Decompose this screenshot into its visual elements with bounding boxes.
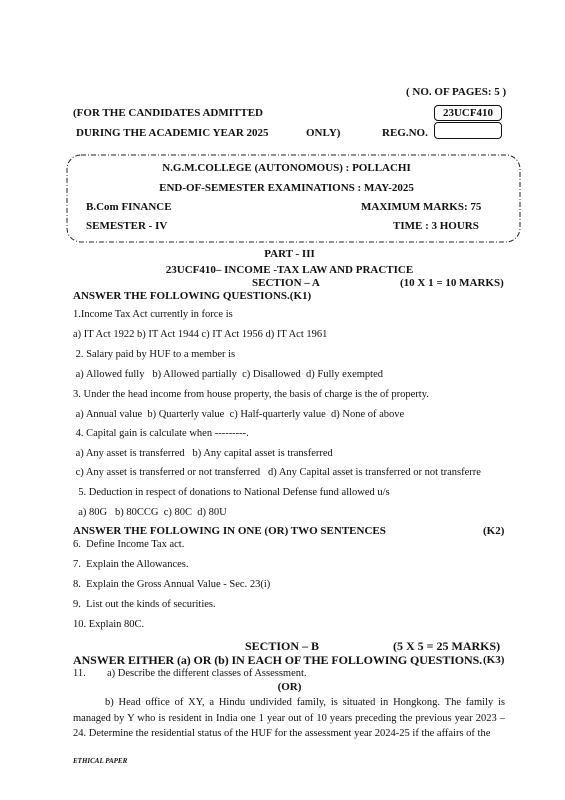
- question-5-options: a) 80G b) 80CCG c) 80C d) 80U: [73, 507, 227, 518]
- reg-no-label: REG.NO.: [382, 127, 428, 139]
- course-code-box: 23UCF410: [434, 105, 502, 121]
- section-b-k-level: (K3): [483, 654, 504, 666]
- exam-name: END-OF-SEMESTER EXAMINATIONS : MAY-2025: [0, 182, 565, 194]
- college-name: N.G.M.COLLEGE (AUTONOMOUS) : POLLACHI: [0, 162, 565, 174]
- question-11-b: b) Head office of XY, a Hindu undivided …: [73, 695, 505, 742]
- question-10: 10. Explain 80C.: [73, 619, 144, 630]
- question-3-options: a) Annual value b) Quarterly value c) Ha…: [73, 409, 404, 420]
- maximum-marks: MAXIMUM MARKS: 75: [361, 201, 481, 213]
- only-label: ONLY): [306, 127, 340, 139]
- paper-title: 23UCF410– INCOME -TAX LAW AND PRACTICE: [0, 264, 565, 276]
- or-separator: (OR): [0, 681, 565, 693]
- section-b-title: SECTION – B: [245, 639, 319, 654]
- section-b-marks: (5 X 5 = 25 MARKS): [393, 639, 500, 654]
- section-b-instruction: ANSWER EITHER (a) OR (b) IN EACH OF THE …: [73, 653, 482, 668]
- question-9: 9. List out the kinds of securities.: [73, 599, 216, 610]
- question-6: 6. Define Income Tax act.: [73, 539, 184, 550]
- question-4-options-ab: a) Any asset is transferred b) Any capit…: [73, 448, 333, 459]
- question-4-options-cd: c) Any asset is transferred or not trans…: [73, 467, 481, 478]
- question-2: 2. Salary paid by HUF to a member is: [73, 349, 235, 360]
- programme: B.Com FINANCE: [86, 201, 172, 213]
- question-1: 1.Income Tax Act currently in force is: [73, 309, 233, 320]
- question-2-options: a) Allowed fully b) Allowed partially c)…: [73, 369, 383, 380]
- page-count: ( NO. OF PAGES: 5 ): [406, 86, 506, 98]
- question-3: 3. Under the head income from house prop…: [73, 389, 429, 400]
- footer-label: ETHICAL PAPER: [73, 757, 127, 765]
- question-11-a: a) Describe the different classes of Ass…: [107, 668, 307, 679]
- question-5: 5. Deduction in respect of donations to …: [73, 487, 390, 498]
- question-4: 4. Capital gain is calculate when ------…: [73, 428, 249, 439]
- duration: TIME : 3 HOURS: [393, 220, 479, 232]
- reg-no-field[interactable]: [434, 122, 502, 139]
- section-a-instruction: ANSWER THE FOLLOWING QUESTIONS.(K1): [73, 290, 311, 302]
- part-label: PART - III: [0, 248, 565, 260]
- semester: SEMESTER - IV: [86, 220, 167, 232]
- section-a-marks: (10 X 1 = 10 MARKS): [400, 277, 504, 289]
- question-8: 8. Explain the Gross Annual Value - Sec.…: [73, 579, 270, 590]
- candidates-admitted-line1: (FOR THE CANDIDATES ADMITTED: [73, 107, 263, 119]
- section-a-title: SECTION – A: [252, 277, 320, 289]
- question-11-number: 11.: [73, 668, 86, 679]
- question-11-b-text: b) Head office of XY, a Hindu undivided …: [73, 697, 505, 739]
- question-7: 7. Explain the Allowances.: [73, 559, 188, 570]
- candidates-admitted-line2: DURING THE ACADEMIC YEAR 2025: [76, 127, 269, 139]
- section-a-instruction-2: ANSWER THE FOLLOWING IN ONE (OR) TWO SEN…: [73, 525, 386, 537]
- section-a-instruction-2-k-level: (K2): [483, 525, 504, 537]
- question-1-options: a) IT Act 1922 b) IT Act 1944 c) IT Act …: [73, 329, 327, 340]
